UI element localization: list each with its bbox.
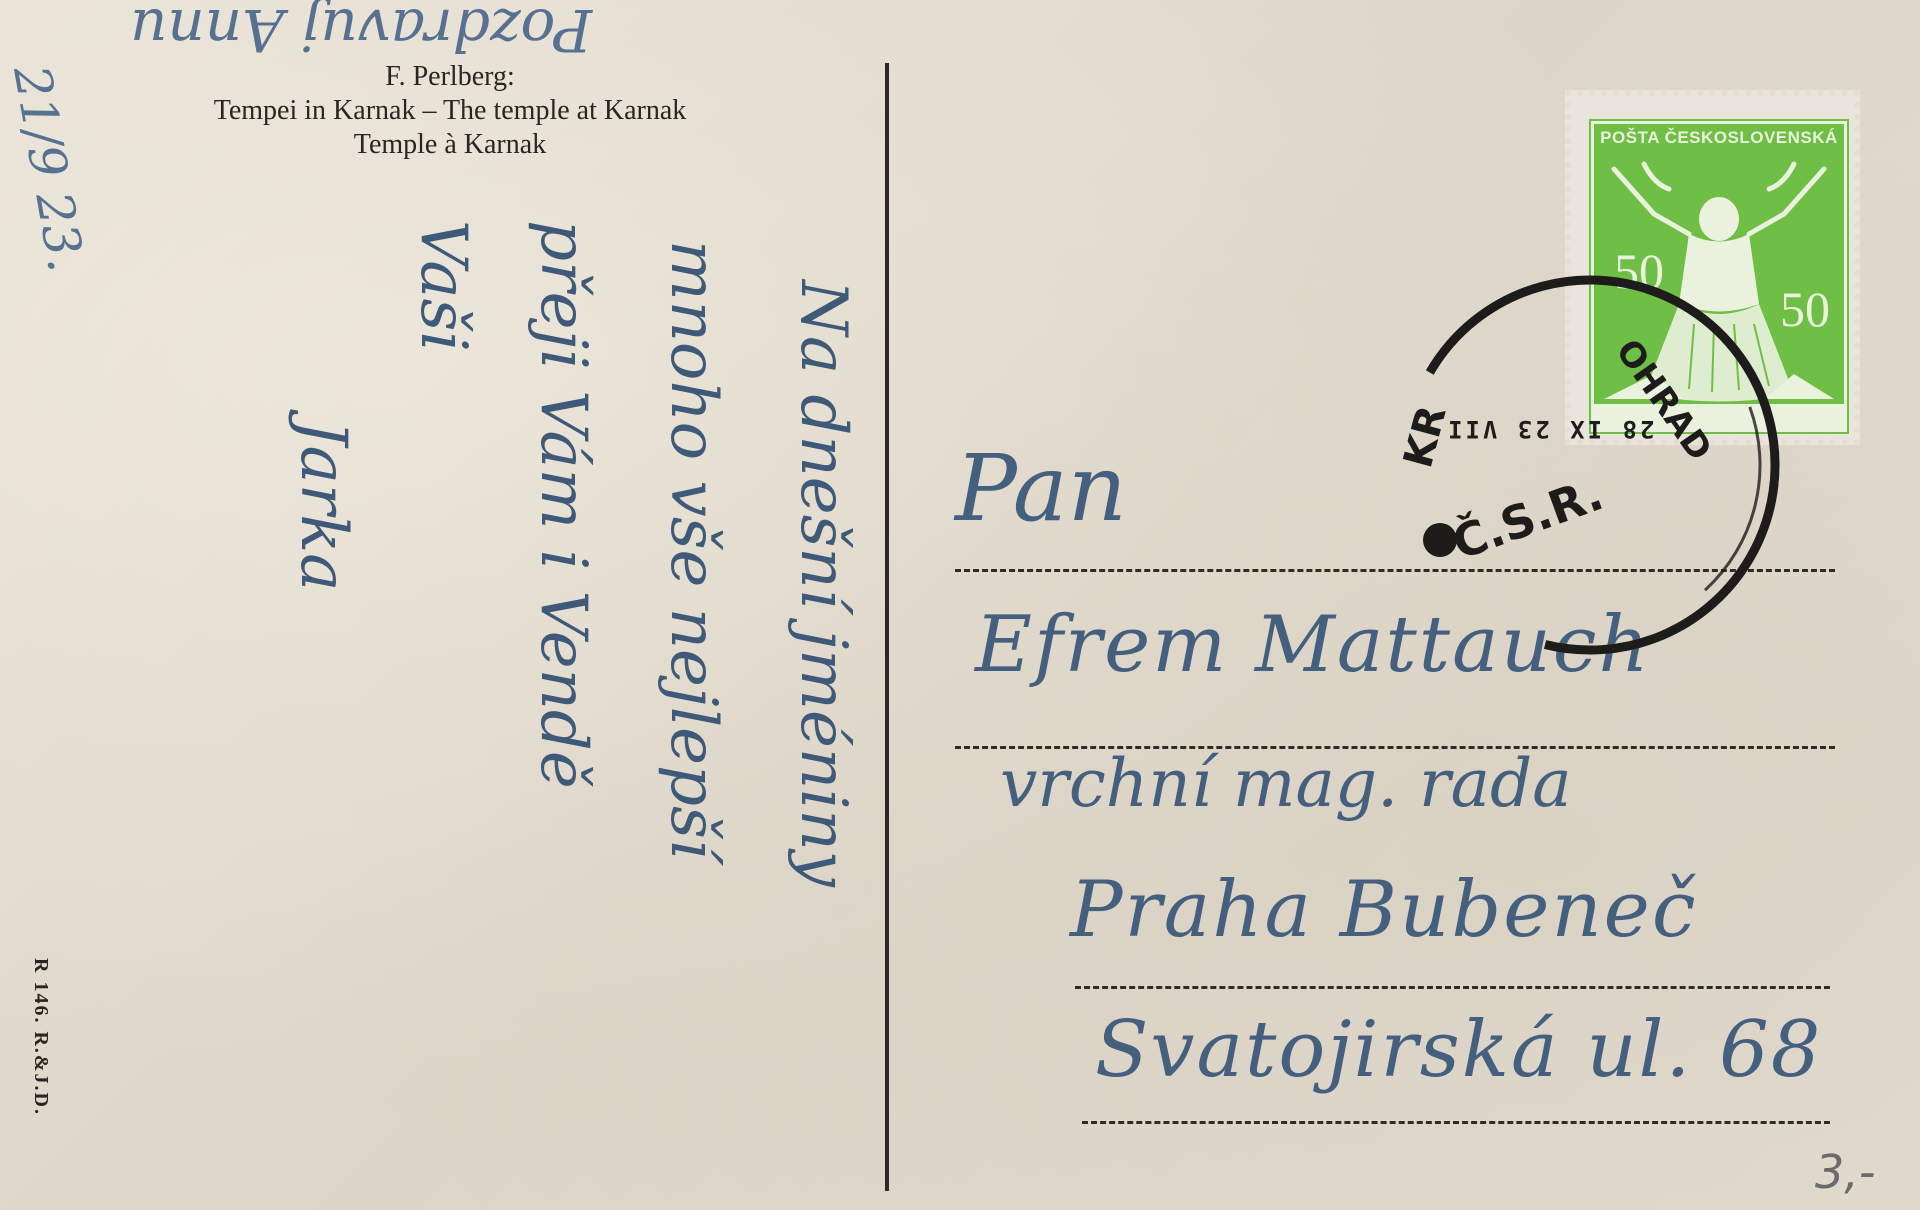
- address-name: Efrem Mattauch: [975, 600, 1651, 690]
- printer-imprint: R 146. R.&J.D.: [29, 958, 52, 1116]
- handwritten-top-note: Pozdravuj Annu: [130, 0, 592, 64]
- stamp-design: POŠTA ČESKOSLOVENSKÁ: [1591, 121, 1847, 432]
- caption-title-french: Temple à Karnak: [100, 128, 800, 162]
- pencil-price-note: 3,-: [1815, 1145, 1876, 1199]
- address-line: [1075, 986, 1830, 989]
- handwritten-message: Na dnešní jméniny mnoho vše nejlepší pře…: [210, 220, 860, 1200]
- postcard-back: F. Perlberg: Tempei in Karnak – The temp…: [0, 0, 1920, 1210]
- message-line: přeji Vám i Vendě: [526, 220, 600, 789]
- postmark-date: 28 IX 23 VII: [1445, 415, 1654, 443]
- center-divider: [885, 63, 889, 1191]
- address-title: vrchní mag. rada: [1000, 745, 1572, 822]
- message-line: mnoho vše nejlepší: [656, 240, 730, 859]
- svg-text:Č.S.R.: Č.S.R.: [1445, 466, 1610, 570]
- caption-artist: F. Perlberg:: [100, 60, 800, 94]
- address-city: Praha Bubeneč: [1070, 865, 1698, 955]
- address-salutation: Pan: [955, 435, 1127, 542]
- message-line: Vaši: [406, 220, 480, 352]
- printed-caption: F. Perlberg: Tempei in Karnak – The temp…: [100, 60, 800, 162]
- message-line: Jarka: [286, 420, 360, 591]
- address-line: [1082, 1121, 1830, 1124]
- caption-title: Tempei in Karnak – The temple at Karnak: [100, 94, 800, 128]
- postage-stamp: POŠTA ČESKOSLOVENSKÁ: [1565, 90, 1860, 445]
- address-street: Svatojirská ul. 68: [1095, 1005, 1822, 1095]
- handwritten-date: 21/9 23.: [2, 61, 95, 276]
- message-line: Na dnešní jméniny: [786, 280, 860, 887]
- stamp-value-right: 50: [1780, 280, 1830, 338]
- stamp-value-left: 50: [1614, 242, 1664, 300]
- address-line: [955, 569, 1835, 572]
